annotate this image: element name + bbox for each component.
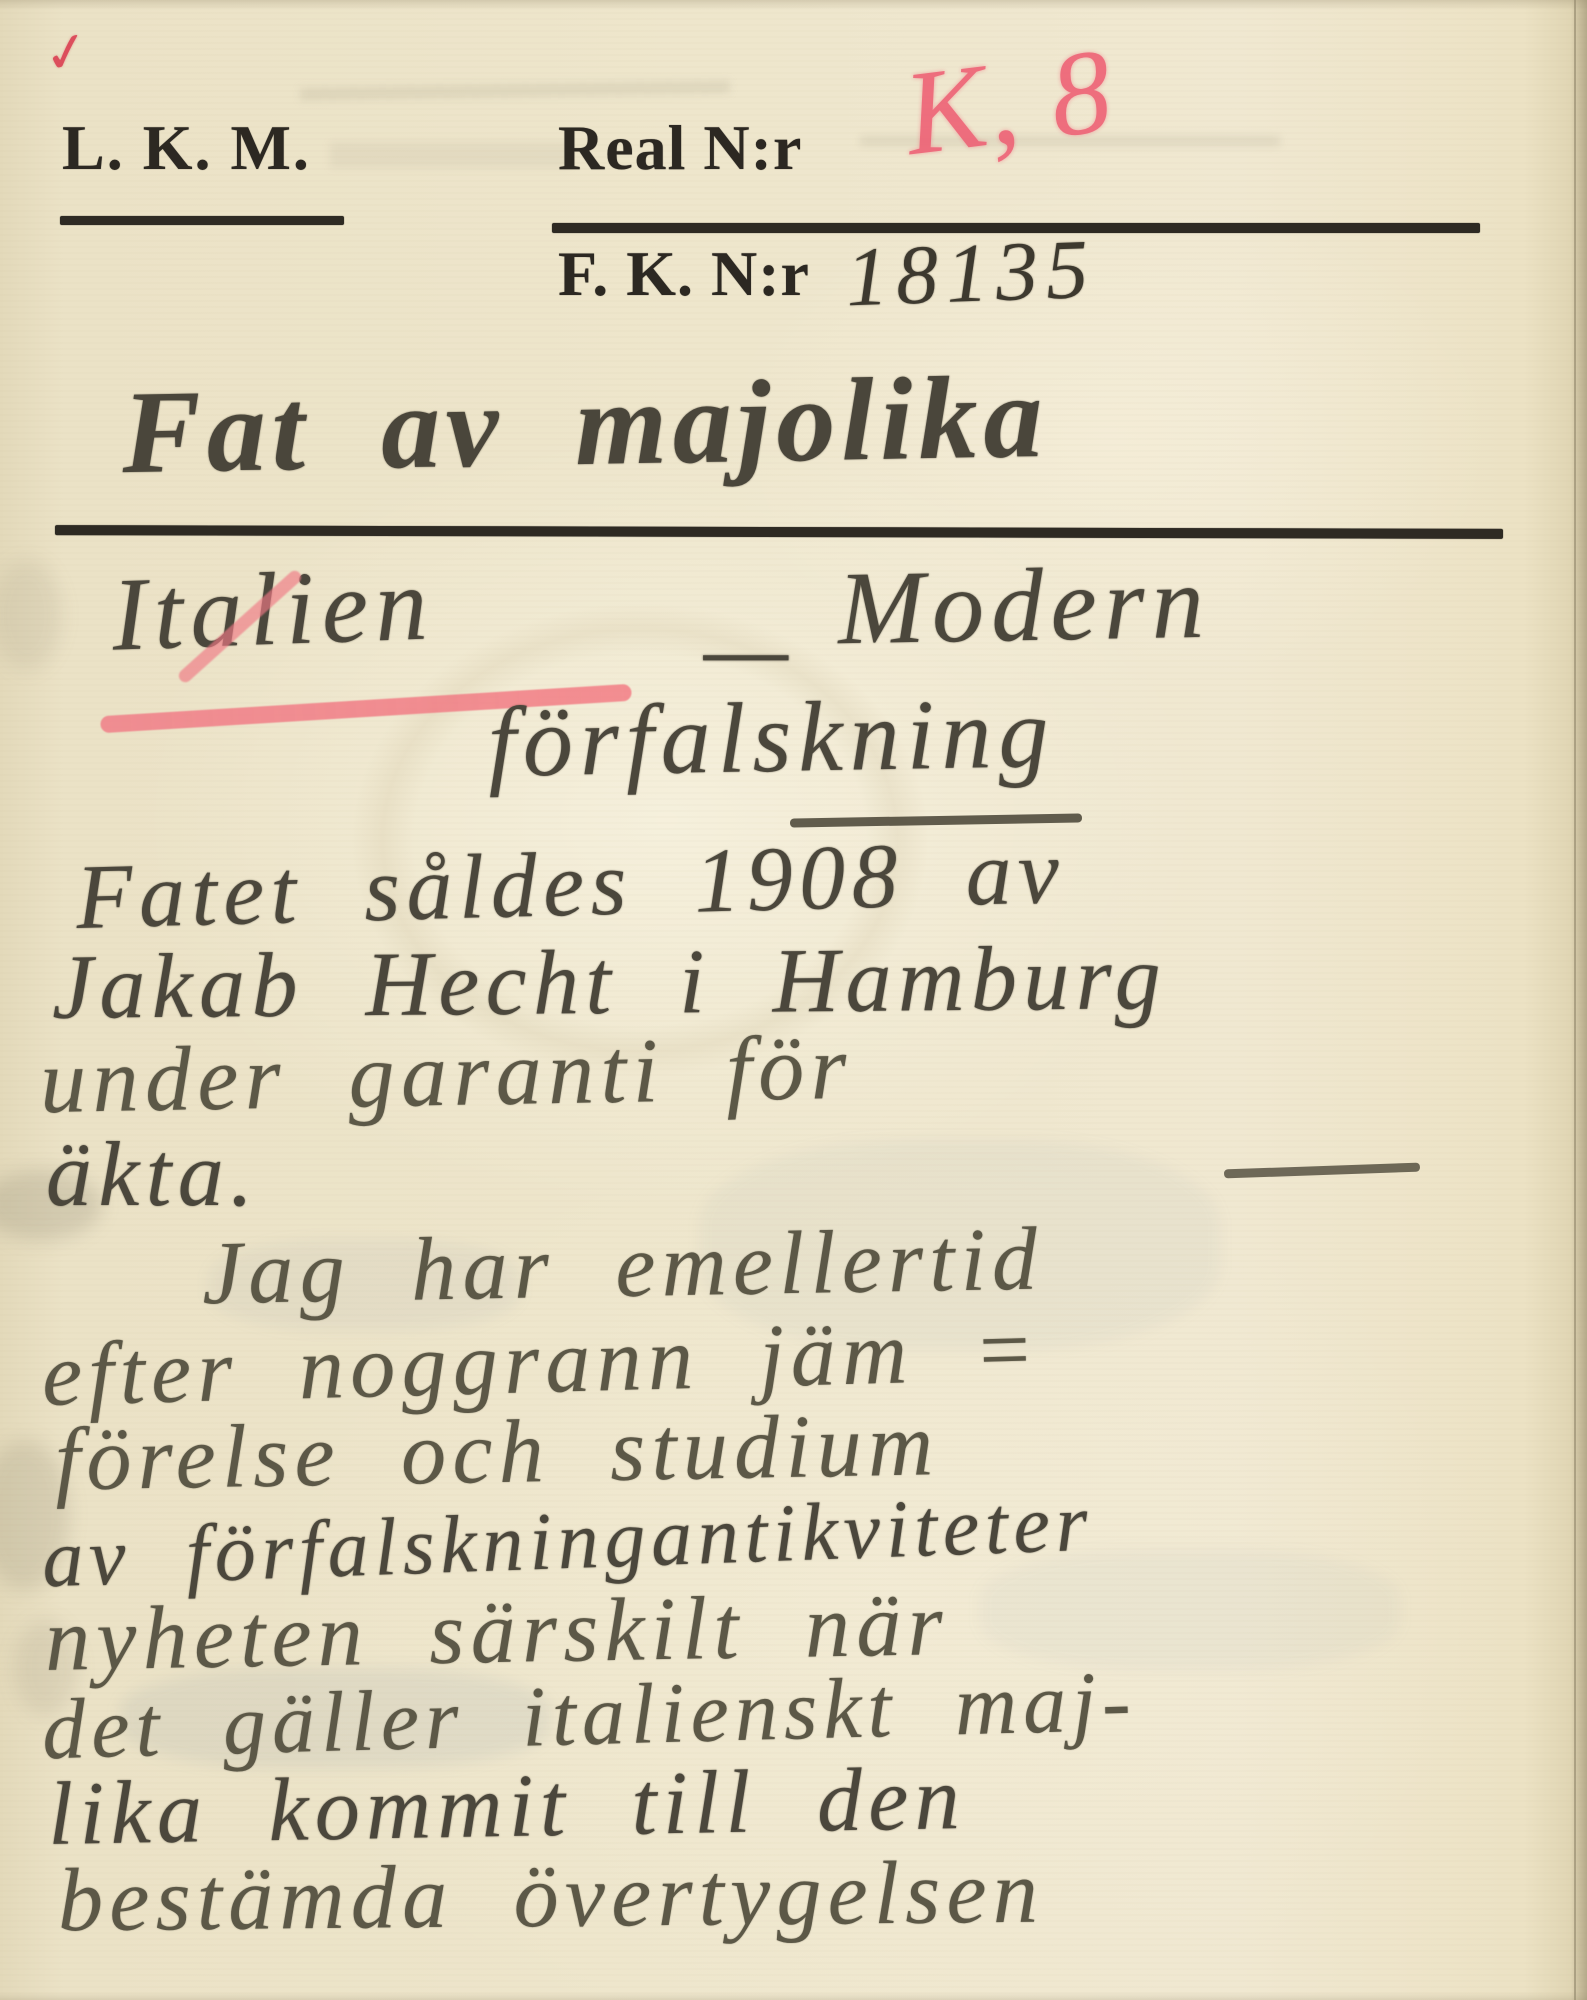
edge-smudge (0, 560, 62, 670)
paper-bottom-edge-shadow (0, 1992, 1587, 2000)
org-underline (60, 216, 344, 225)
org-mark: L. K. M. (62, 116, 311, 180)
assessment-word: Modern (837, 551, 1212, 661)
handwriting-line: bestämda övertygelsen (58, 1848, 1045, 1947)
erased-pencil-ghost (300, 80, 730, 101)
handwriting-line: under garanti för (39, 1021, 853, 1127)
document-scan: ✓ L. K. M. Real N:r K, 8 F. K. N:r 18135… (0, 0, 1587, 2000)
handwriting-line: Fatet såldes 1908 av (75, 825, 1066, 943)
fk-number-label: F. K. N:r (558, 242, 810, 306)
red-checkmark: ✓ (40, 22, 94, 83)
provenance-place: Italien (110, 552, 436, 667)
real-number-label: Real N:r (558, 116, 802, 180)
assessment-word-continued: förfalskning (487, 683, 1056, 793)
object-title-handwritten: Fat av majolika (121, 358, 1049, 492)
title-rule (55, 525, 1503, 539)
handwriting-line: äkta. (46, 1128, 260, 1220)
erased-pencil-ghost (330, 142, 570, 168)
fk-number-value: 18135 (845, 228, 1098, 321)
paper-right-edge-line (1574, 0, 1576, 2000)
paper-top-edge-shadow (0, 0, 1587, 10)
ink-dash (1224, 1163, 1420, 1179)
real-number-red-annotation: K, 8 (898, 30, 1119, 174)
handwriting-line: Jakab Hecht i Hamburg (52, 931, 1168, 1033)
